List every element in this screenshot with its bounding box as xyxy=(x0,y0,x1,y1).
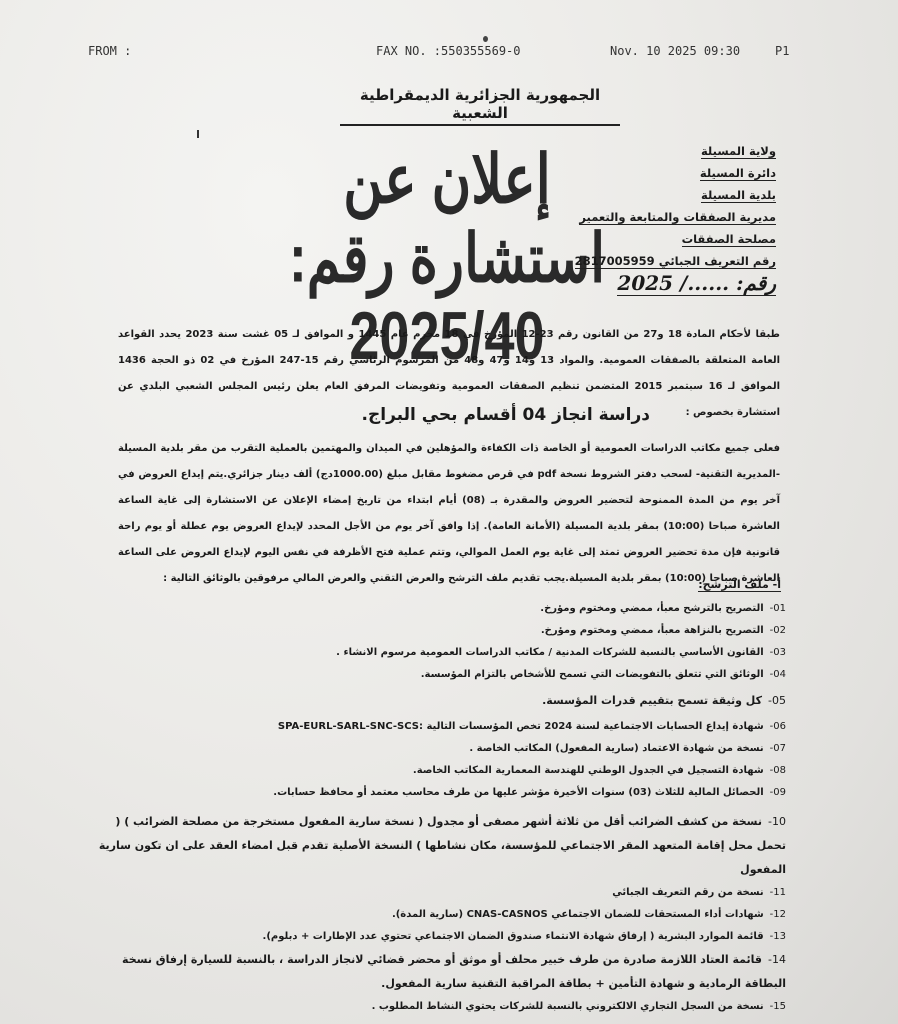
admin-daira: دائرة المسيلة xyxy=(700,166,776,181)
administration-block: ولاية المسيلة دائرة المسيلة بلدية المسيل… xyxy=(536,140,776,294)
list-item: 09-الحصائل المالية للثلاث (03) سنوات الأ… xyxy=(96,782,786,804)
punch-dot xyxy=(483,36,488,42)
admin-wilaya: ولاية المسيلة xyxy=(701,144,776,159)
fax-from: FROM : xyxy=(88,44,131,58)
admin-directorate: مديرية الصفقات والمتابعة والتعمير xyxy=(579,210,776,225)
scan-mark xyxy=(197,130,199,138)
list-item: 03-القانون الأساسي بالنسبة للشركات المدن… xyxy=(96,642,786,664)
admin-service: مصلحة الصفقات xyxy=(682,232,776,247)
list-item: 02-التصريح بالنزاهة معبأ، ممضي ومختوم وم… xyxy=(96,620,786,642)
admin-commune: بلدية المسيلة xyxy=(701,188,776,203)
fax-header: FROM : FAX NO. :550355569-0 Nov. 10 2025… xyxy=(0,44,898,64)
fax-page: P1 xyxy=(775,44,789,58)
fax-number: FAX NO. :550355569-0 xyxy=(376,44,521,58)
list-item: 01-التصريح بالترشح معبأ، ممضي ومختوم ومؤ… xyxy=(96,598,786,620)
documents-list: 01-التصريح بالترشح معبأ، ممضي ومختوم ومؤ… xyxy=(96,598,786,1018)
section-heading: أ- ملف الترشح: xyxy=(698,578,781,592)
body-paragraph: فعلى جميع مكاتب الدراسات العمومية أو الخ… xyxy=(118,436,780,592)
list-item: 11-نسخة من رقم التعريف الجبائي xyxy=(96,882,786,904)
admin-reference: رقم: ....../ 2025 xyxy=(617,271,776,296)
country-heading: الجمهورية الجزائرية الديمقراطية الشعبية xyxy=(340,86,620,126)
list-item: 10-نسخة من كشف الضرائب أقل من ثلاثة أشهر… xyxy=(96,810,786,882)
list-item: 14-قائمة العتاد اللازمة صادرة من طرف خبي… xyxy=(96,948,786,996)
list-item: 07-نسخة من شهادة الاعتماد (سارية المفعول… xyxy=(96,738,786,760)
list-item: 15-نسخة من السجل التجاري الالكتروني بالن… xyxy=(96,996,786,1018)
subject-heading: دراسة انجاز 04 أقسام بحي البراج. xyxy=(220,405,650,425)
admin-tax-id: رقم التعريف الجبائي 2817005959 xyxy=(575,254,776,269)
list-item: 04-الوثائق التي تتعلق بالتفويضات التي تس… xyxy=(96,664,786,686)
list-item: 12-شهادات أداء المستحقات للضمان الاجتماع… xyxy=(96,904,786,926)
list-item: 13-قائمة الموارد البشرية ( إرفاق شهادة ا… xyxy=(96,926,786,948)
list-item: 06-شهادة إيداع الحسابات الاجتماعية لسنة … xyxy=(96,716,786,738)
fax-datetime: Nov. 10 2025 09:30 xyxy=(610,44,740,58)
list-item: 05-كل وثيقة تسمح بتقييم قدرات المؤسسة. xyxy=(96,686,786,716)
list-item: 08-شهادة التسجيل في الجدول الوطني للهندس… xyxy=(96,760,786,782)
